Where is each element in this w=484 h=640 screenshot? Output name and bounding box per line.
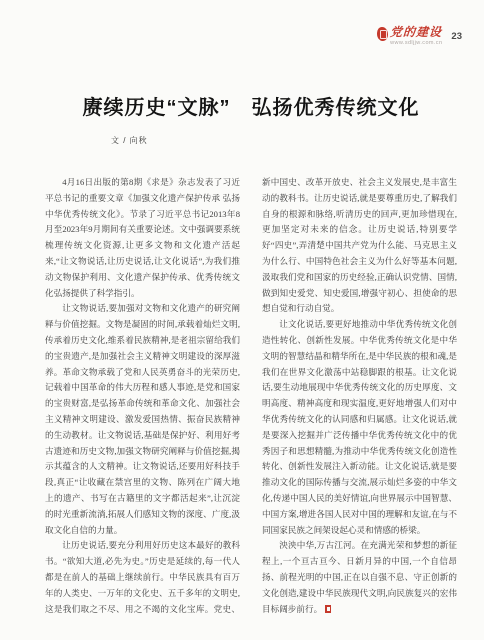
paragraph: 让文物说话,要加强对文物和文化遗产的研究阐释与价值挖掘。文物是凝固的时间,承载着…: [45, 301, 240, 538]
article-title: 赓续历史“文脉” 弘扬优秀传统文化: [45, 95, 457, 121]
paragraph: 泱泱中华,万古江河。在充满光荣和梦想的新征程上,一个亘古亘今、日新月异的中国,一…: [262, 538, 457, 617]
article-byline: 文 / 向秋: [111, 135, 457, 146]
article: 赓续历史“文脉” 弘扬优秀传统文化 文 / 向秋 4月16日出版的第8期《求是》…: [45, 0, 457, 617]
article-body: 4月16日出版的第8期《求是》杂志发表了习近平总书记的重要文章《加强文化遗产保护…: [45, 175, 457, 617]
article-end-icon: [325, 605, 331, 613]
paragraph: 让文化说话,要更好地推动中华优秀传统文化创造性转化、创新性发展。中华优秀传统文化…: [262, 317, 457, 538]
magazine-page: 党的建设 www.sdljjw.com.cn 23 赓续历史“文脉” 弘扬优秀传…: [0, 0, 484, 640]
paragraph: 4月16日出版的第8期《求是》杂志发表了习近平总书记的重要文章《加强文化遗产保护…: [45, 175, 240, 301]
